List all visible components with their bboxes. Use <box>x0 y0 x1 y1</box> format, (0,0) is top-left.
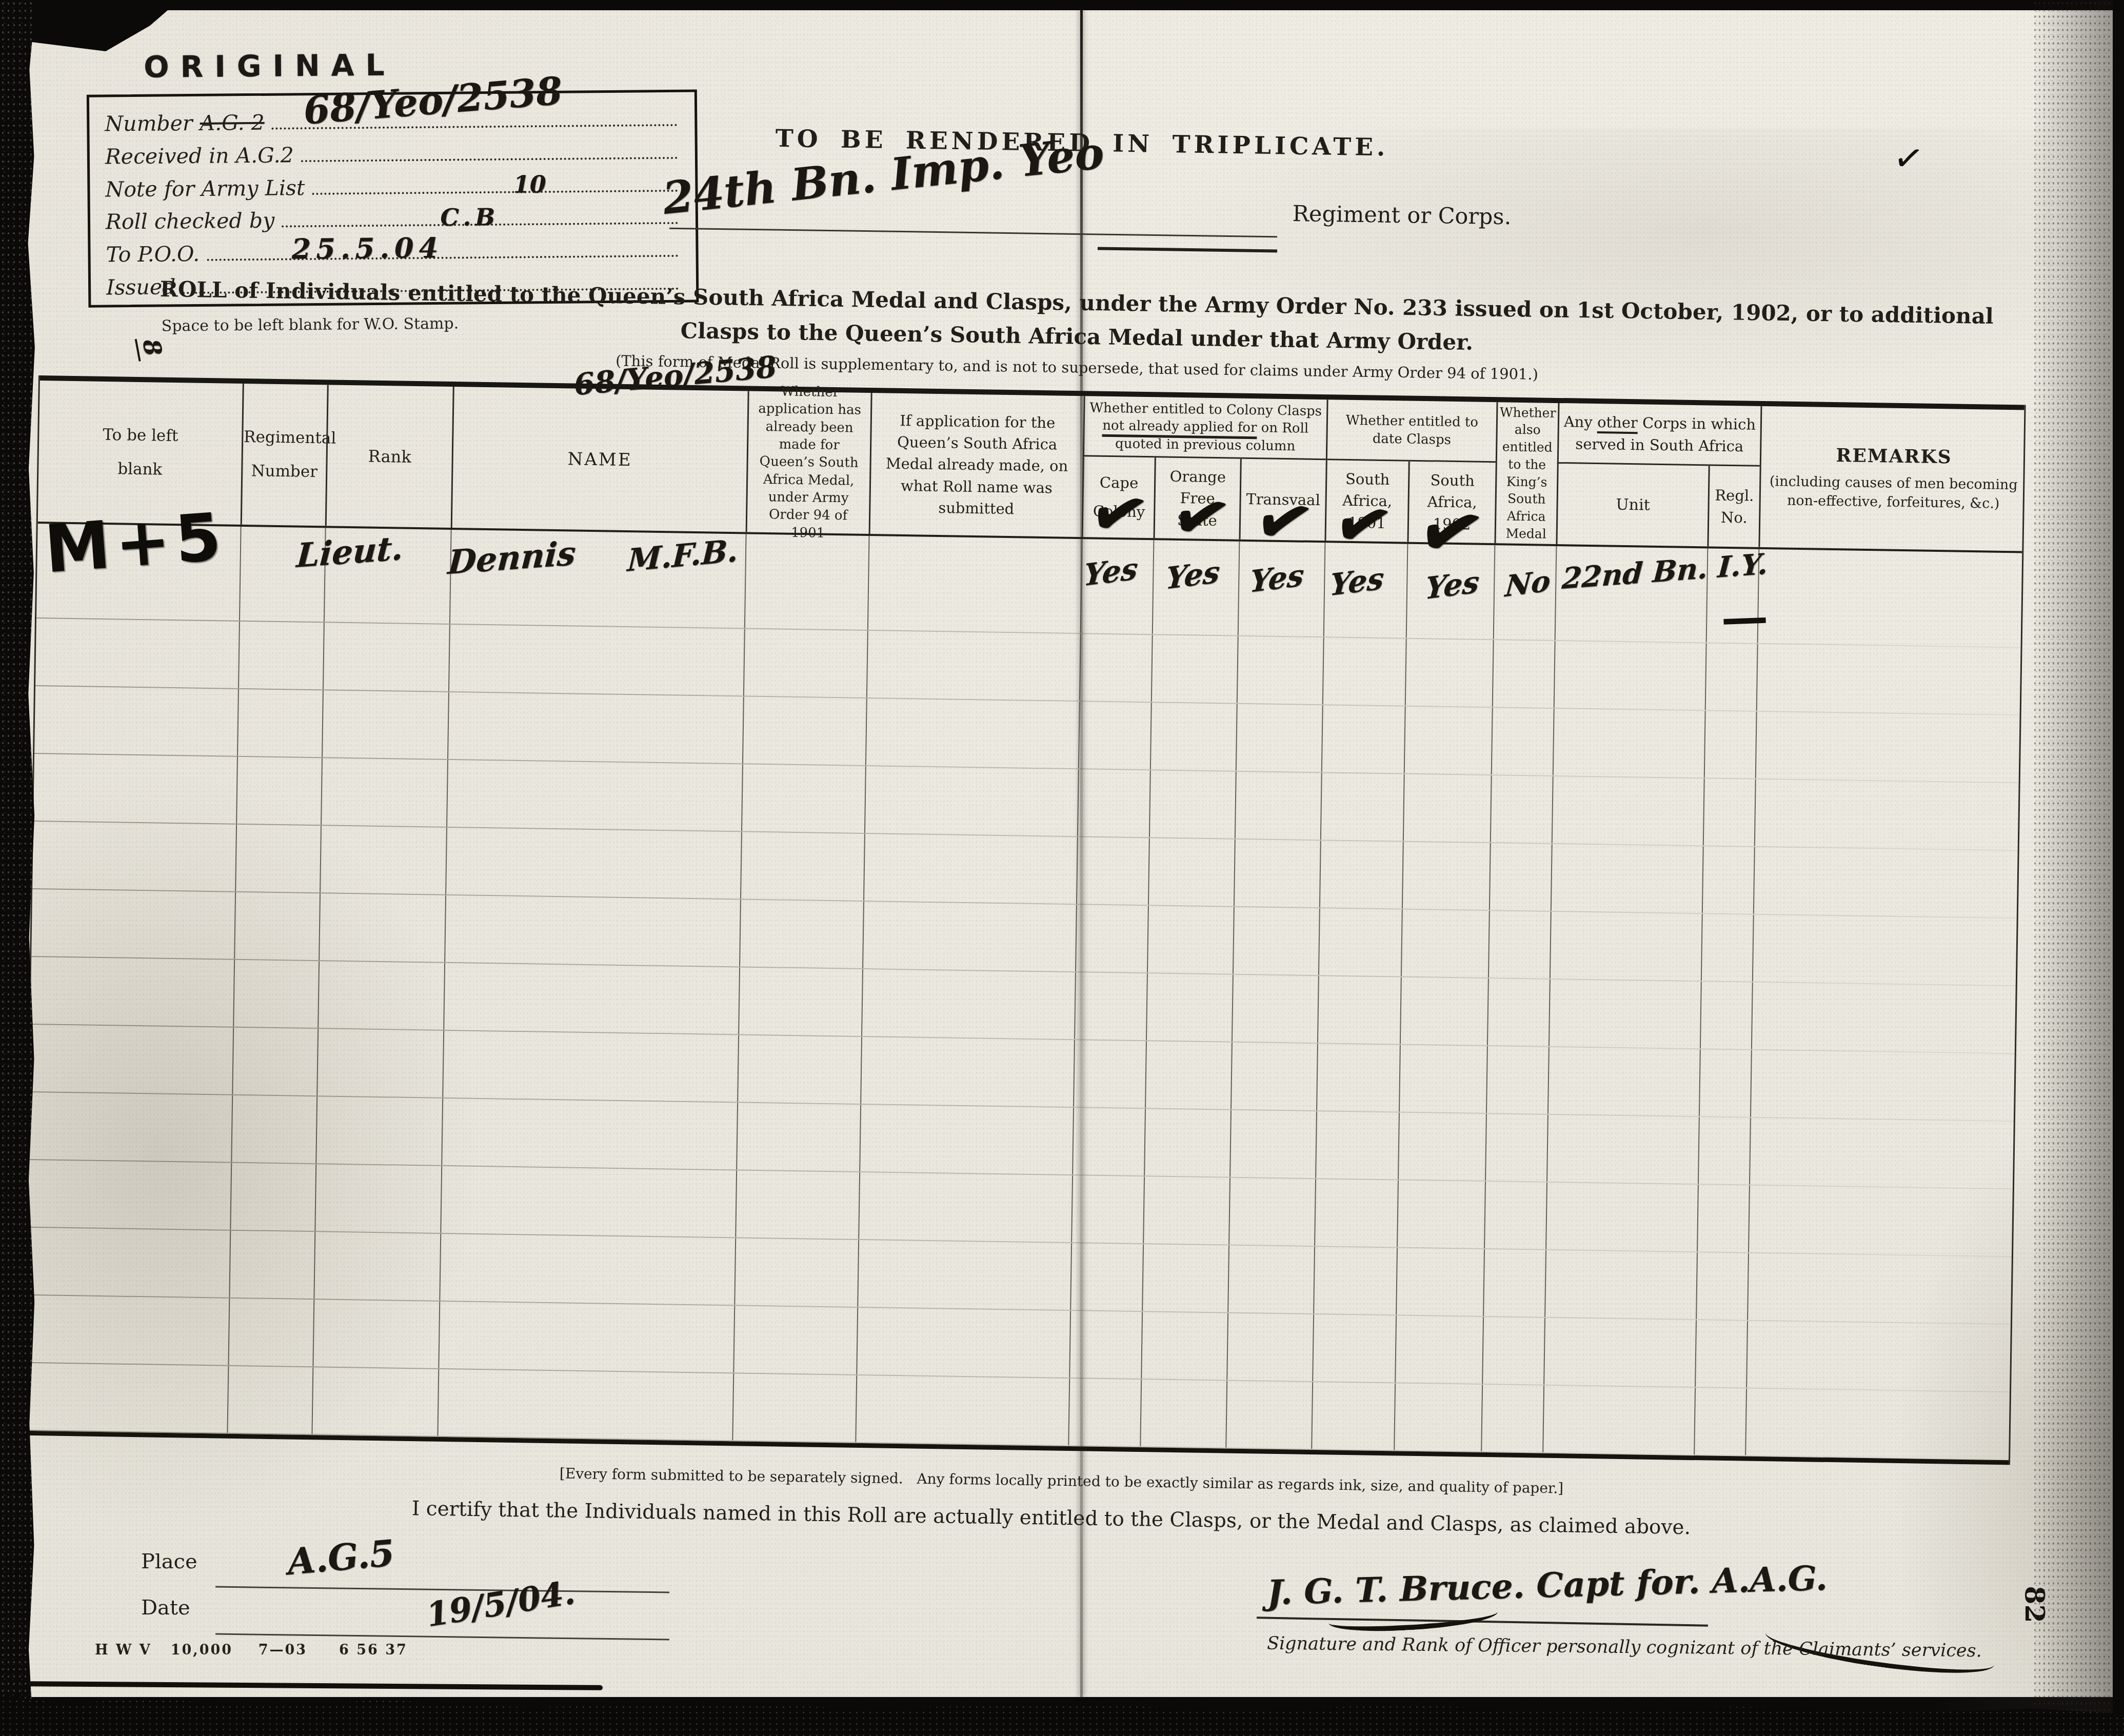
table-cell <box>1401 910 1489 978</box>
table-cell <box>1482 1317 1544 1385</box>
table-cell <box>1491 708 1554 775</box>
table-cell <box>317 961 444 1030</box>
poo-label: To P.O.O. <box>106 242 200 267</box>
table-cell <box>1141 1312 1227 1380</box>
col-header-application-roll: If application for the Queen’s South Afr… <box>869 393 1084 537</box>
col-header-unit: Unit <box>1556 464 1708 546</box>
table-cell <box>742 696 866 765</box>
table-cell <box>1145 1041 1232 1109</box>
table-cell <box>1697 1185 1749 1252</box>
table-cell <box>860 1037 1074 1107</box>
table-cell <box>1490 775 1553 843</box>
table-cell <box>1492 640 1555 708</box>
table-cell <box>867 536 1082 633</box>
table-cell <box>1313 1247 1397 1314</box>
table-cell <box>29 1025 233 1094</box>
table-cell <box>1149 770 1236 838</box>
table-cell <box>1143 1176 1229 1244</box>
table-cell <box>1485 1114 1547 1182</box>
table-cell <box>1695 1320 1747 1387</box>
table-cell <box>234 892 320 960</box>
table-cell <box>235 825 321 892</box>
scanned-medal-roll-page: ORIGINAL Number A.G. 2 Received in A.G.2… <box>0 0 2124 1736</box>
table-cell <box>1237 636 1323 704</box>
table-cell <box>26 1228 230 1298</box>
table-cell <box>28 1092 232 1162</box>
table-cell <box>1070 1243 1143 1311</box>
table-cell <box>741 764 865 833</box>
number-label: Number <box>105 111 193 136</box>
table-cell <box>1544 1250 1697 1319</box>
col-header-regl-no: Regl. No. <box>1707 466 1759 547</box>
table-cell <box>1316 1044 1400 1111</box>
table-cell <box>1321 705 1405 773</box>
table-cell <box>32 822 236 891</box>
table-cell <box>744 534 869 630</box>
table-cell <box>1552 776 1704 845</box>
table-cell <box>737 1035 861 1104</box>
table-cell <box>1755 712 2023 783</box>
table-cell <box>33 754 237 824</box>
table-cell <box>1545 1183 1698 1251</box>
table-cell <box>1140 1380 1226 1447</box>
other-corps-text: Any other Corps in which served in South… <box>1562 411 1757 457</box>
table-cell <box>1754 780 2022 850</box>
army-list-label: Note for Army List <box>105 175 305 202</box>
table-cell <box>1395 1315 1483 1384</box>
table-cell <box>231 1095 316 1163</box>
table-cell <box>1312 1314 1396 1382</box>
table-cell <box>1230 1043 1317 1110</box>
table-cell <box>1543 1318 1696 1387</box>
table-cell <box>1322 637 1406 705</box>
table-cell <box>320 826 446 894</box>
table-cell <box>857 1240 1071 1310</box>
table-body <box>24 524 2022 1465</box>
scan-speckle-right <box>2033 0 2115 1736</box>
scan-edge-right <box>2113 0 2124 1736</box>
stamp-row-poo: To P.O.O. 25.5.04 <box>106 230 683 267</box>
table-cell <box>315 1096 442 1165</box>
table-cell <box>1142 1244 1228 1312</box>
table-cell <box>322 690 448 759</box>
table-cell <box>1747 1253 2015 1324</box>
table-cell <box>1068 1379 1141 1446</box>
table-cell <box>229 1231 314 1299</box>
table-cell <box>1319 841 1403 908</box>
table-cell <box>314 1164 441 1233</box>
col-header-regimental-number: Regimental Number <box>241 384 327 526</box>
col-header-prior-application: Whether application has already been mad… <box>746 391 871 534</box>
received-label: Received in A.G.2 <box>105 143 294 169</box>
table-cell <box>863 834 1077 904</box>
row1-transvaal-value: Yes <box>1248 557 1305 600</box>
table-cell <box>1483 1249 1545 1317</box>
table-cell <box>437 1369 733 1441</box>
table-cell <box>319 893 445 962</box>
table-cell <box>34 686 238 756</box>
table-cell <box>1398 1112 1486 1181</box>
row1-regl-no-dash: — <box>1720 589 1769 646</box>
table-cell <box>1403 774 1491 843</box>
table-cell <box>1394 1383 1482 1451</box>
table-cell <box>1396 1248 1484 1316</box>
table-cell <box>734 1238 858 1307</box>
table-cell <box>1228 1178 1315 1246</box>
table-cell <box>1402 842 1490 910</box>
table-cell <box>311 1367 438 1436</box>
table-cell <box>1746 1321 2014 1392</box>
table-cell <box>1702 846 1754 913</box>
table-cell <box>1542 1386 1695 1454</box>
table-cell <box>862 902 1076 971</box>
table-cell <box>236 757 322 825</box>
scan-edge-top <box>0 0 2124 10</box>
table-cell <box>732 1373 856 1442</box>
remarks-title: REMARKS <box>1836 445 1952 468</box>
table-cell <box>1547 1047 1700 1116</box>
table-cell <box>1752 915 2020 986</box>
table-cell <box>1705 643 1757 710</box>
date-clasps-group-header: Whether entitled to date Clasps <box>1326 400 1497 463</box>
table-cell <box>1757 549 2026 647</box>
table-cell <box>1399 1045 1487 1113</box>
table-cell <box>1749 1118 2017 1189</box>
col-header-ksa-medal: Whether also entitled to the King’s Sout… <box>1494 402 1558 544</box>
table-cell <box>1699 1049 1751 1116</box>
table-cell <box>1071 1175 1144 1243</box>
remarks-subtitle: (including causes of men becoming non-ef… <box>1763 472 2023 513</box>
table-cell <box>1489 843 1552 911</box>
table-cell <box>445 828 741 899</box>
table-cell <box>440 1166 736 1238</box>
table-cell <box>233 960 319 1028</box>
table-cell <box>1311 1382 1395 1450</box>
table-cell <box>228 1299 313 1366</box>
table-cell <box>1554 641 1706 710</box>
table-cell <box>443 963 739 1034</box>
table-cell <box>1226 1313 1313 1381</box>
table-cell <box>1546 1115 1699 1184</box>
row1-sa1902-value: Yes <box>1424 564 1481 606</box>
other-corps-group-header: Any other Corps in which served in South… <box>1557 403 1761 467</box>
table-cell <box>439 1234 735 1305</box>
table-cell <box>441 1099 737 1170</box>
army-list-value: 10 <box>513 170 546 198</box>
table-cell <box>1698 1117 1750 1184</box>
table-cell <box>1551 844 1703 913</box>
table-cell <box>1481 1385 1543 1452</box>
stamp-row-received: Received in A.G.2 <box>105 132 683 169</box>
table-cell <box>31 889 235 959</box>
table-cell <box>438 1302 734 1373</box>
row1-blank-annotation: M+5 <box>42 498 229 588</box>
table-cell <box>733 1306 857 1374</box>
table-cell <box>238 622 324 689</box>
table-cell <box>1235 772 1321 840</box>
table-cell <box>859 1105 1073 1174</box>
table-cell <box>1751 983 2019 1053</box>
table-cell <box>442 1031 738 1102</box>
printer-imprint: H W V 10,000 7—03 6 56 37 <box>95 1642 408 1658</box>
table-cell <box>1236 704 1322 772</box>
roll-checked-label: Roll checked by <box>106 208 275 234</box>
table-cell <box>1146 973 1233 1041</box>
table-cell <box>230 1163 315 1231</box>
table-cell <box>1073 1040 1146 1108</box>
date-label: Date <box>141 1596 190 1620</box>
dotted-line: 10 <box>312 165 678 194</box>
stamp-row-checked: Roll checked by C.B <box>106 197 683 234</box>
table-cell <box>736 1103 860 1171</box>
table-header: To be left blank Regimental Number Rank … <box>38 375 2024 553</box>
table-cell <box>1696 1252 1748 1320</box>
table-cell <box>227 1366 312 1434</box>
row1-rank: Lieut. <box>295 529 405 575</box>
table-cell <box>1314 1179 1398 1247</box>
table-cell <box>1750 1050 2018 1121</box>
table-cell <box>735 1170 859 1239</box>
table-cell <box>1225 1381 1312 1449</box>
table-cell <box>237 689 323 757</box>
table-cell <box>35 618 239 688</box>
table-cell <box>24 1363 228 1433</box>
table-cell <box>1234 840 1320 907</box>
table-cell <box>1151 635 1238 703</box>
table-cell <box>1148 838 1235 906</box>
table-cell <box>1549 980 1701 1048</box>
table-cell <box>855 1375 1069 1445</box>
table-cell <box>1232 975 1318 1043</box>
table-cell <box>316 1029 443 1098</box>
table-cell <box>1075 905 1148 972</box>
table-cell <box>1748 1186 2016 1256</box>
row1-cape-value: Yes <box>1082 551 1139 593</box>
table-cell <box>740 832 864 901</box>
table-cell <box>864 766 1078 836</box>
col-header-name: NAME <box>451 387 748 532</box>
table-cell <box>1072 1108 1145 1175</box>
table-cell <box>1077 769 1150 837</box>
table-cell <box>1078 702 1151 769</box>
place-label: Place <box>141 1550 197 1573</box>
table-cell <box>1487 979 1550 1046</box>
row1-ksa-value: No <box>1504 564 1552 604</box>
table-cell <box>323 623 449 691</box>
table-cell <box>1756 644 2024 715</box>
colony-clasps-group-header: Whether entitled to Colony Clasps not al… <box>1083 396 1327 460</box>
table-cell <box>861 969 1075 1039</box>
table-cell <box>446 760 742 831</box>
table-cell <box>1076 837 1149 905</box>
table-cell <box>25 1295 229 1365</box>
dotted-line <box>301 132 678 162</box>
table-cell <box>1550 912 1702 981</box>
table-cell <box>1400 977 1488 1046</box>
table-cell <box>1233 907 1319 975</box>
table-cell <box>312 1300 439 1368</box>
table-cell <box>1318 908 1402 976</box>
table-cell <box>30 957 234 1027</box>
table-cell <box>738 967 862 1036</box>
table-cell <box>444 895 740 967</box>
table-cell <box>856 1308 1070 1378</box>
dotted-line: 25.5.04 <box>207 230 679 261</box>
col-header-rank: Rank <box>325 385 453 528</box>
table-cell <box>1404 707 1492 775</box>
table-cell <box>865 699 1079 768</box>
table-cell <box>1397 1180 1485 1248</box>
table-cell <box>1074 972 1147 1040</box>
col-header-remarks: REMARKS (including causes of men becomin… <box>1758 406 2027 551</box>
table-cell <box>1753 847 2021 918</box>
table-cell <box>447 692 743 764</box>
roll-checked-value: C.B <box>440 203 499 231</box>
table-cell <box>1079 634 1152 702</box>
table-cell <box>1150 703 1237 770</box>
table-cell <box>743 629 867 697</box>
original-stamp: ORIGINAL <box>144 48 396 85</box>
table-cell <box>313 1232 440 1301</box>
stamp-row-army-list: Note for Army List 10 <box>105 165 683 202</box>
table-cell <box>1553 709 1705 777</box>
dotted-line: C.B <box>282 197 678 228</box>
table-cell <box>1320 773 1404 841</box>
poo-value: 25.5.04 <box>291 231 443 266</box>
table-cell <box>1694 1388 1746 1455</box>
table-cell <box>1700 982 1752 1049</box>
table-cell <box>1315 1111 1399 1179</box>
table-cell <box>866 631 1080 701</box>
table-cell <box>448 625 744 696</box>
table-cell <box>1229 1110 1316 1178</box>
regiment-label: Regiment or Corps. <box>1292 201 1511 230</box>
medal-roll-table: To be left blank Regimental Number Rank … <box>23 375 2026 1465</box>
table-cell <box>858 1172 1072 1242</box>
table-cell <box>739 900 863 968</box>
table-cell <box>1405 639 1493 707</box>
table-cell <box>1484 1182 1546 1249</box>
table-cell <box>1144 1109 1230 1176</box>
table-cell <box>1488 911 1551 979</box>
table-cell <box>1704 711 1756 778</box>
number-struck-value: A.G. 2 <box>200 110 265 135</box>
table-cell <box>232 1028 317 1095</box>
table-cell <box>321 758 447 827</box>
table-cell <box>1486 1046 1549 1114</box>
row1-ofs-value: Yes <box>1164 554 1221 596</box>
table-cell <box>1147 906 1234 973</box>
row1-sa1901-value: Yes <box>1328 561 1385 603</box>
table-cell <box>1745 1389 2013 1460</box>
table-cell <box>1227 1246 1314 1313</box>
table-cell <box>1703 779 1755 846</box>
table-cell <box>1069 1311 1142 1379</box>
table-cell <box>27 1160 231 1230</box>
table-cell <box>1701 914 1753 981</box>
colony-group-text: Whether entitled to Colony Clasps not al… <box>1087 399 1323 455</box>
table-cell <box>1317 976 1401 1044</box>
